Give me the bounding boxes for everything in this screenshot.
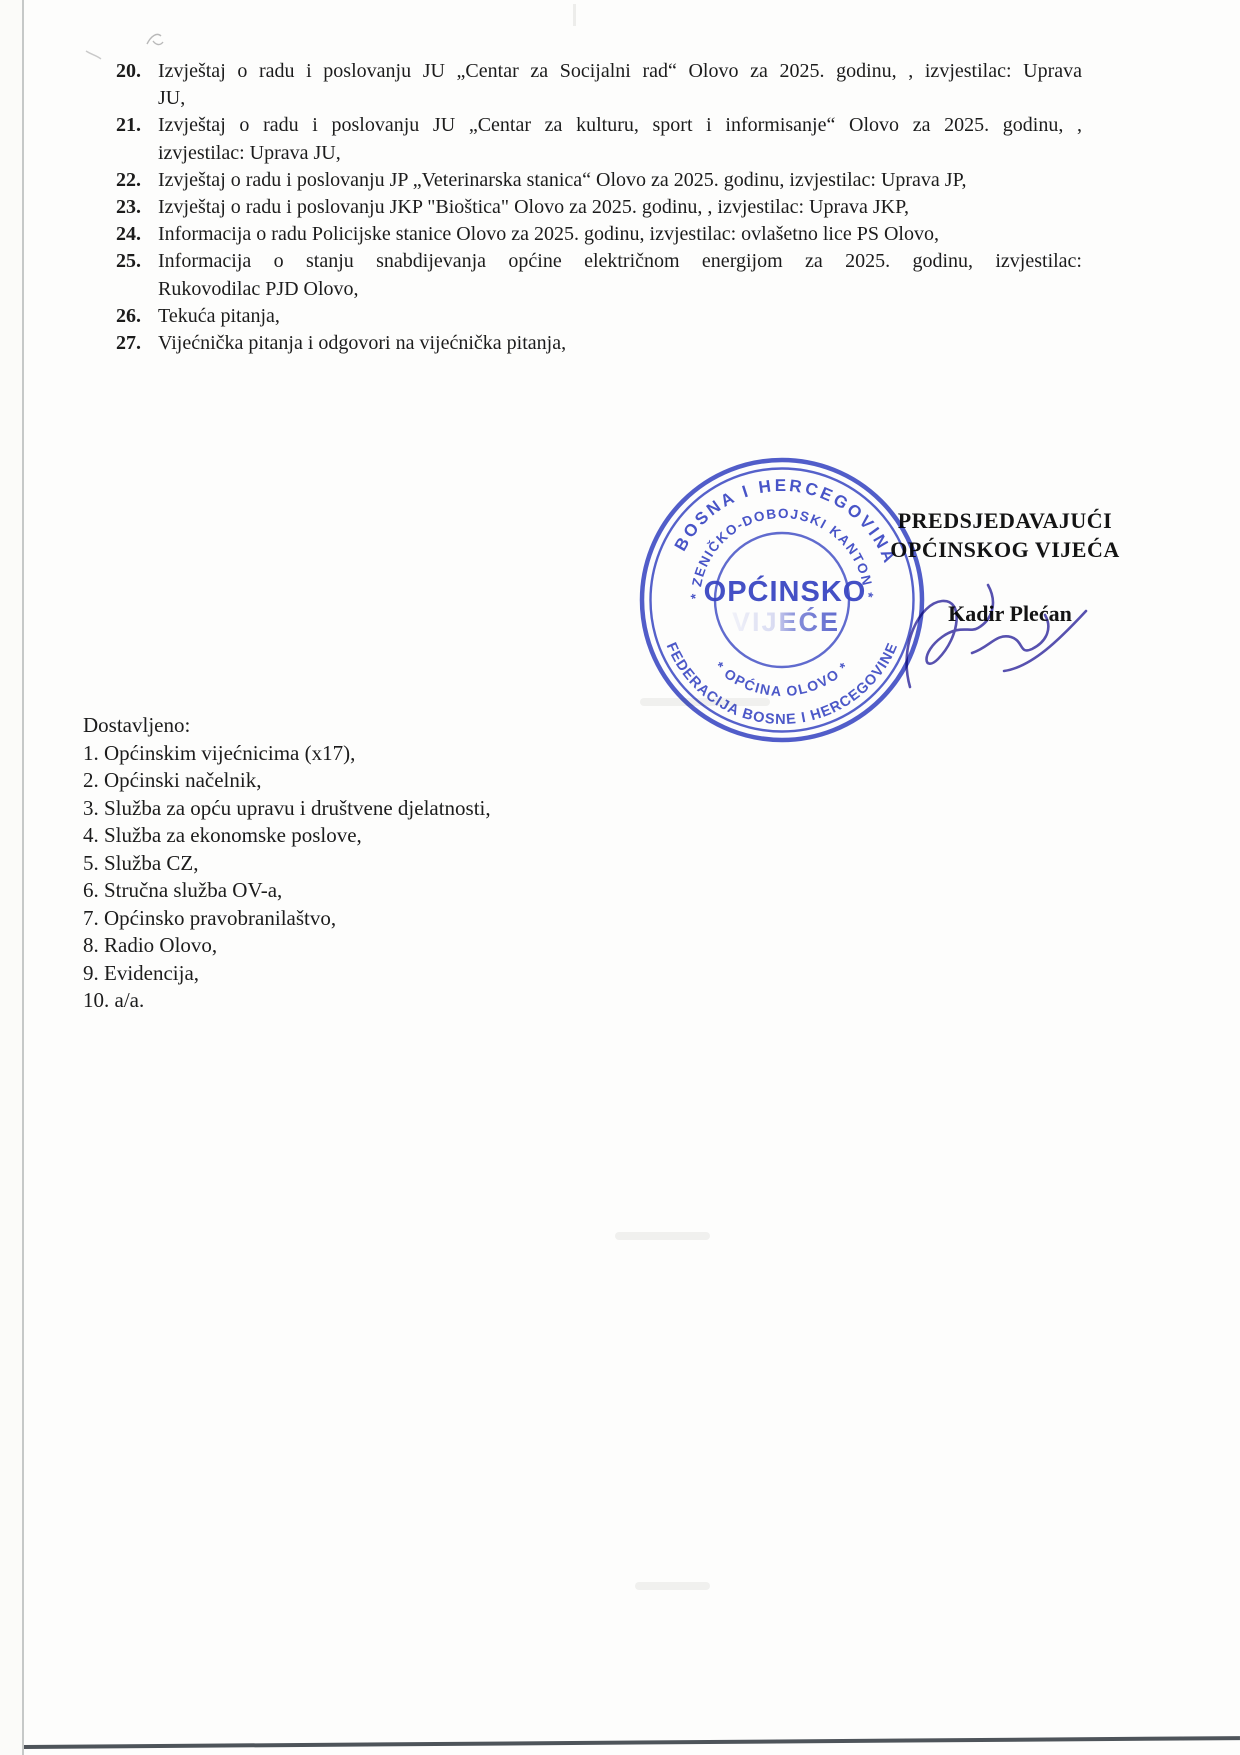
agenda-item-text: Tekuća pitanja, — [158, 303, 1082, 330]
scan-smudge — [615, 1232, 710, 1240]
agenda-item-line: 20.Izvještaj o radu i poslovanju JU „Cen… — [116, 58, 1082, 85]
agenda-item-number: 21. — [116, 112, 152, 139]
agenda-item-line: izvjestilac: Uprava JU, — [116, 140, 1082, 167]
distribution-item: 10. a/a. — [83, 987, 703, 1015]
distribution-item: 7. Općinsko pravobranilaštvo, — [83, 905, 703, 933]
agenda-item-text: Rukovodilac PJD Olovo, — [158, 276, 1082, 303]
agenda-item-text: Izvještaj o radu i poslovanju JU „Centar… — [158, 112, 1082, 139]
agenda-item-text: Izvještaj o radu i poslovanju JKP "Biošt… — [158, 194, 1082, 221]
stamp-center-line1: OPĆINSKO — [704, 574, 867, 608]
distribution-item: 3. Služba za opću upravu i društvene dje… — [83, 795, 703, 823]
agenda-item-number: 20. — [116, 58, 152, 85]
agenda-item-line: 24.Informacija o radu Policijske stanice… — [116, 221, 1082, 248]
distribution-item: 9. Evidencija, — [83, 960, 703, 988]
agenda-item-line: 23.Izvještaj o radu i poslovanju JKP "Bi… — [116, 194, 1082, 221]
distribution-item: 1. Općinskim vijećnicima (x17), — [83, 740, 703, 768]
agenda-item-number: 24. — [116, 221, 152, 248]
scan-speck — [145, 30, 165, 50]
distribution-item: 4. Služba za ekonomske poslove, — [83, 822, 703, 850]
agenda-item-number — [116, 85, 152, 112]
agenda-item-number — [116, 276, 152, 303]
agenda-item-text: Izvještaj o radu i poslovanju JP „Veteri… — [158, 167, 1082, 194]
agenda-item-line: 26.Tekuća pitanja, — [116, 303, 1082, 330]
distribution-label: Dostavljeno: — [83, 712, 703, 740]
agenda-item-text: izvjestilac: Uprava JU, — [158, 140, 1082, 167]
distribution-list: Dostavljeno:1. Općinskim vijećnicima (x1… — [83, 712, 703, 1015]
scan-bottom-edge-line — [24, 1736, 1240, 1749]
agenda-item-number: 27. — [116, 330, 152, 357]
agenda-list: 20.Izvještaj o radu i poslovanju JU „Cen… — [116, 58, 1082, 357]
agenda-item-text: Izvještaj o radu i poslovanju JU „Centar… — [158, 58, 1082, 85]
stamp-center-line2: VIJEĆE — [732, 606, 840, 637]
agenda-item-line: 21.Izvještaj o radu i poslovanju JU „Cen… — [116, 112, 1082, 139]
agenda-item-text: Vijećnička pitanja i odgovori na vijećni… — [158, 330, 1082, 357]
agenda-item-line: 27.Vijećnička pitanja i odgovori na vije… — [116, 330, 1082, 357]
agenda-item-text: Informacija o radu Policijske stanice Ol… — [158, 221, 1082, 248]
svg-text:* OPĆINA OLOVO *: * OPĆINA OLOVO * — [712, 658, 852, 699]
agenda-item-number — [116, 140, 152, 167]
scan-left-strip — [0, 0, 22, 1755]
agenda-item-line: 25.Informacija o stanju snabdijevanja op… — [116, 248, 1082, 275]
distribution-item: 8. Radio Olovo, — [83, 932, 703, 960]
scan-left-edge-line — [22, 0, 24, 1755]
stamp-text-municipality: * OPĆINA OLOVO * — [712, 658, 852, 699]
agenda-item-line: 22.Izvještaj o radu i poslovanju JP „Vet… — [116, 167, 1082, 194]
agenda-item-text: Informacija o stanju snabdijevanja općin… — [158, 248, 1082, 275]
agenda-item-line: JU, — [116, 85, 1082, 112]
agenda-item-number: 26. — [116, 303, 152, 330]
distribution-item: 2. Općinski načelnik, — [83, 767, 703, 795]
agenda-item-number: 22. — [116, 167, 152, 194]
signature-scribble — [880, 575, 1110, 695]
distribution-item: 5. Služba CZ, — [83, 850, 703, 878]
agenda-item-text: JU, — [158, 85, 1082, 112]
agenda-item-number: 25. — [116, 248, 152, 275]
distribution-item: 6. Stručna služba OV-a, — [83, 877, 703, 905]
scan-top-dash — [573, 4, 576, 26]
scan-speck — [84, 48, 104, 64]
scan-smudge — [635, 1582, 710, 1590]
agenda-item-number: 23. — [116, 194, 152, 221]
agenda-item-line: Rukovodilac PJD Olovo, — [116, 276, 1082, 303]
